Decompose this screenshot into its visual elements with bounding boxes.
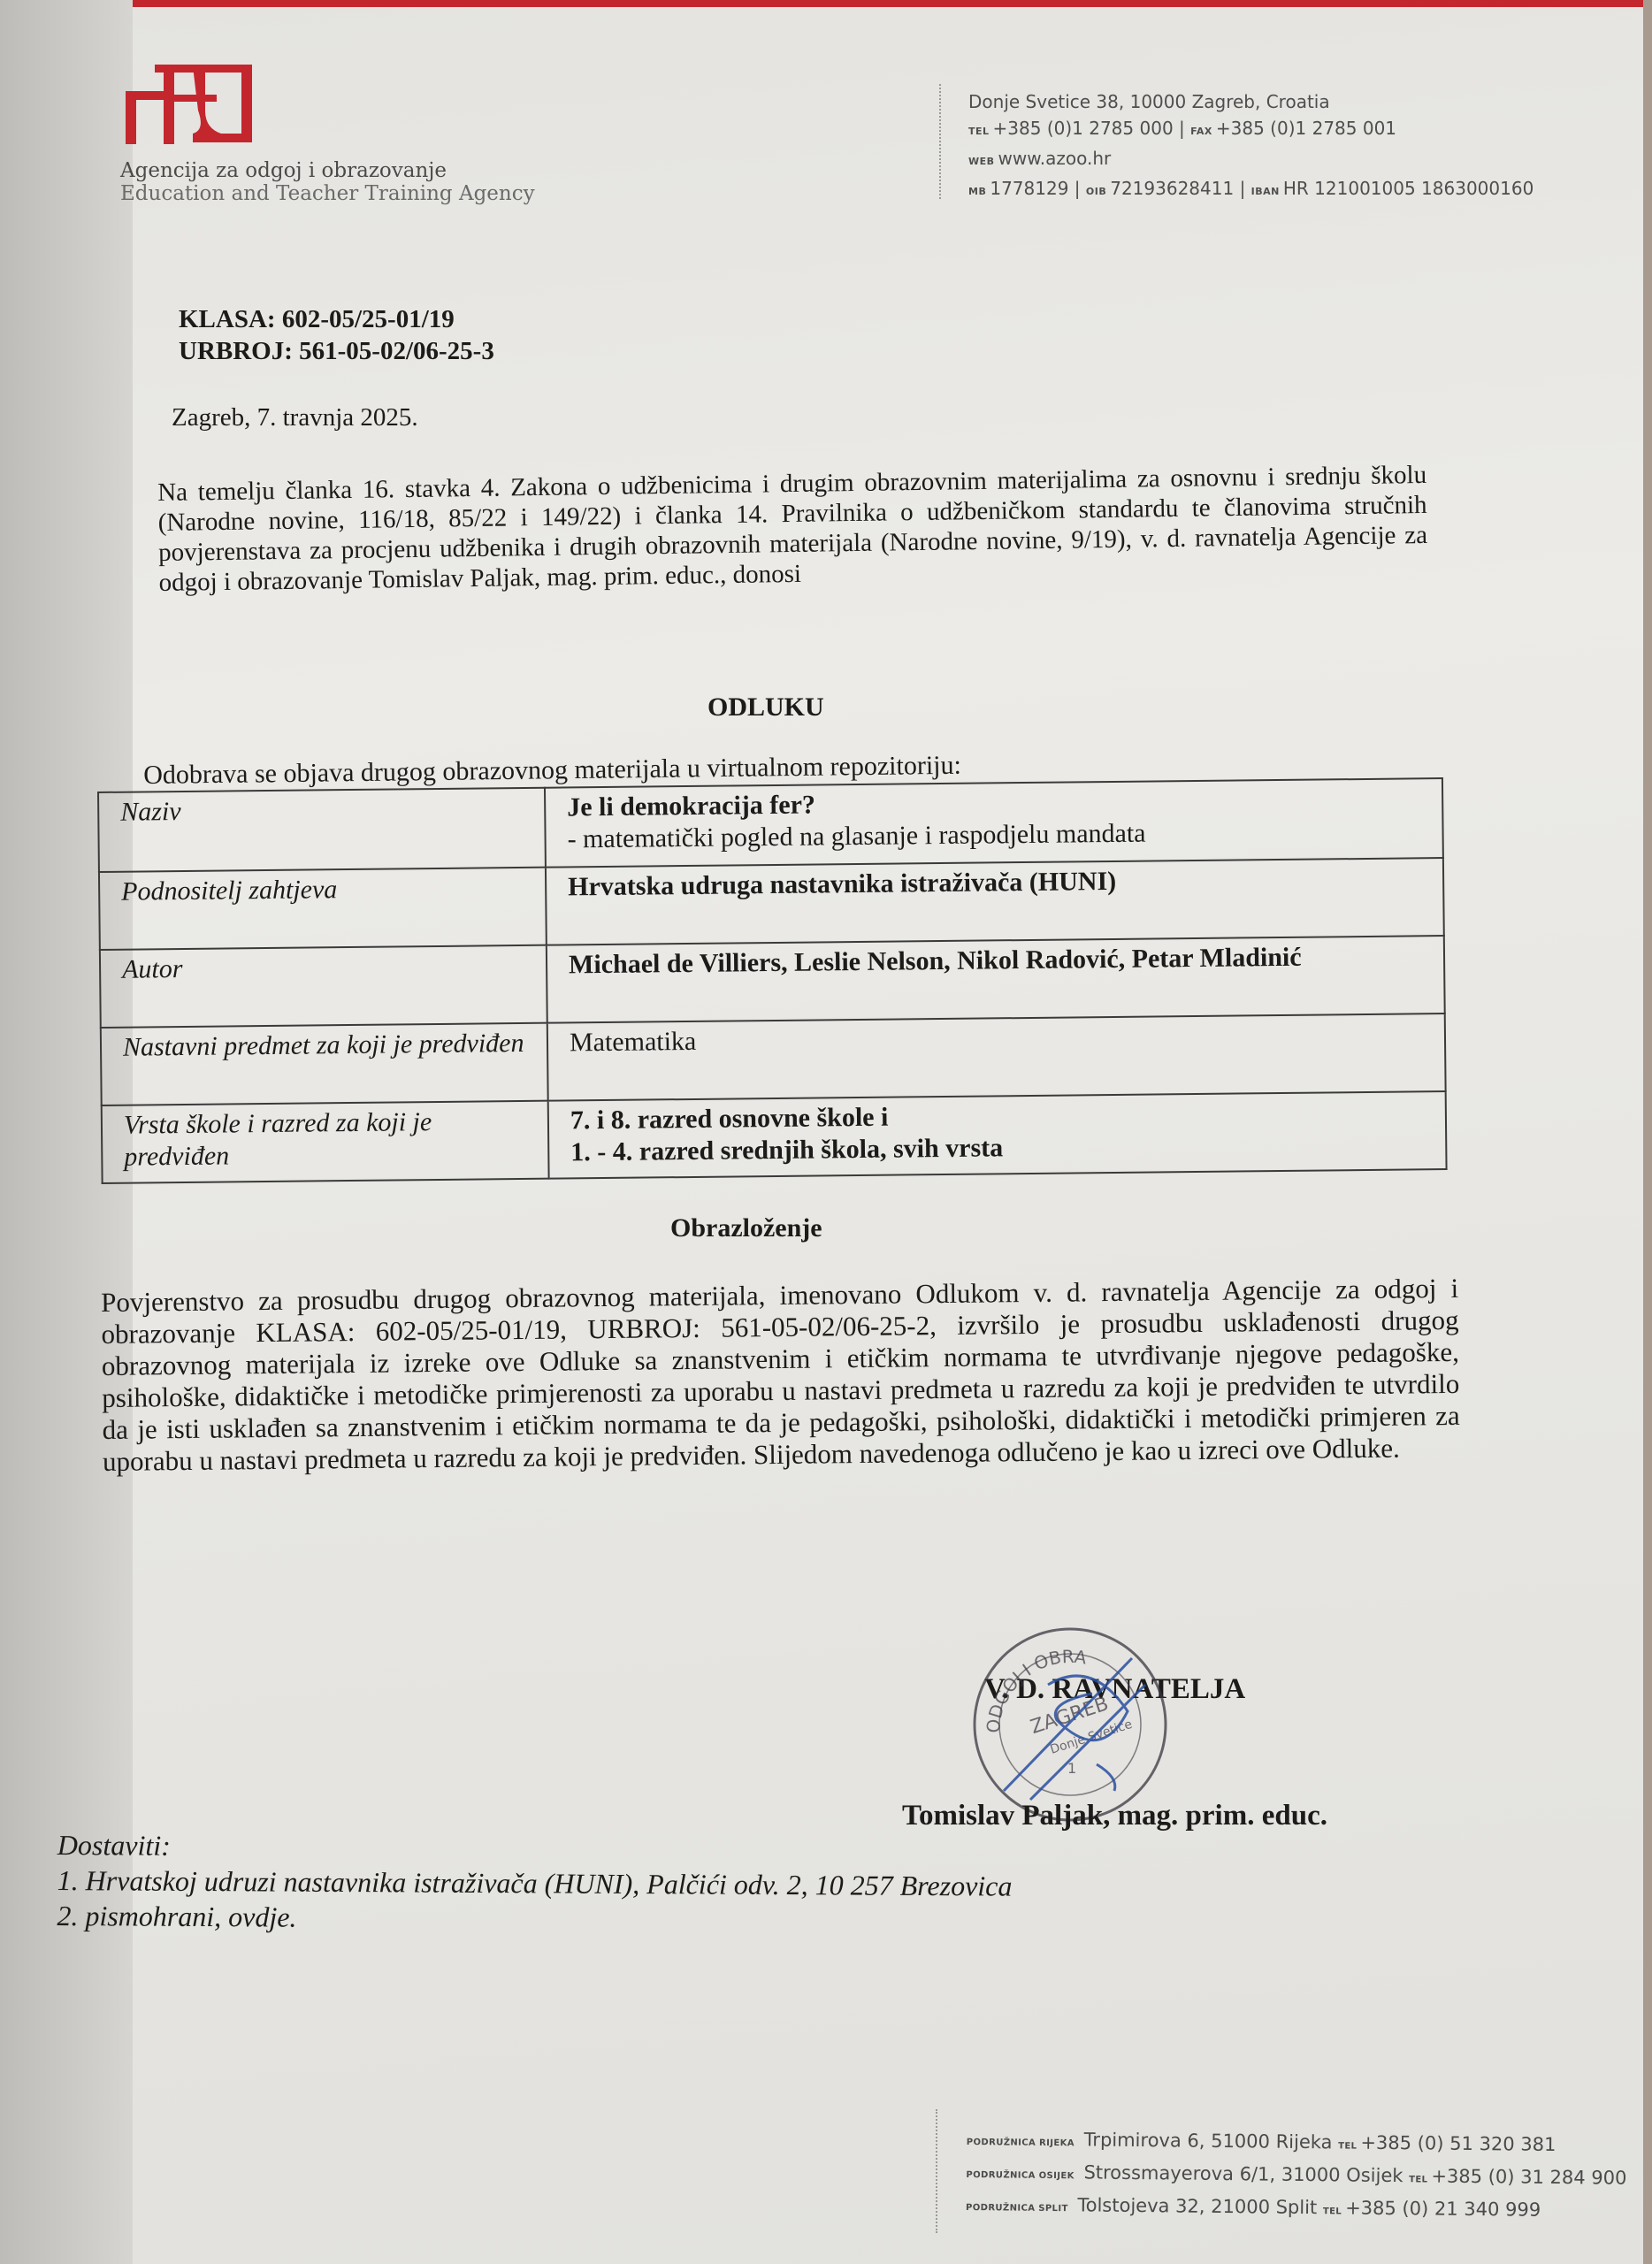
tel-value: +385 (0)1 2785 000 (993, 118, 1174, 139)
separator: | (1075, 178, 1081, 199)
table-row: Naziv Je li demokracija fer? - matematič… (98, 778, 1443, 872)
row-label: Podnositelj zahtjeva (99, 868, 547, 950)
branch-tel: +385 (0) 21 340 999 (1345, 2197, 1541, 2220)
delivery-heading: Dostaviti: (57, 1827, 1013, 1869)
intro-paragraph: Na temelju članka 16. stavka 4. Zakona o… (157, 460, 1428, 598)
table-row: Nastavni predmet za koji je predviđen Ma… (101, 1013, 1446, 1105)
table-row: Vrsta škole i razred za koji je predviđe… (102, 1091, 1447, 1183)
delivery-item: 1. Hrvatskoj udruzi nastavnika istraživa… (57, 1862, 1013, 1904)
tel-label: tel (1323, 2207, 1342, 2216)
agency-logo-icon (124, 57, 265, 146)
iban-value: HR 121001005 1863000160 (1283, 178, 1533, 199)
row-value: Je li demokracija fer? - matematički pog… (545, 778, 1443, 868)
row-value: Michael de Villiers, Leslie Nelson, Niko… (547, 936, 1445, 1023)
row-label: Nastavni predmet za koji je predviđen (101, 1023, 548, 1105)
branch-label: Podružnica Split (966, 2203, 1068, 2214)
reference-numbers: KLASA: 602-05/25-01/19 URBROJ: 561-05-02… (179, 303, 494, 367)
row-label: Naziv (98, 788, 546, 872)
decision-heading: ODLUKU (707, 692, 824, 723)
branch-address: Strossmayerova 6/1, 31000 Osijek (1083, 2161, 1403, 2186)
branch-offices: Podružnica Rijeka Trpimirova 6, 51000 Ri… (966, 2124, 1627, 2230)
urbroj: URBROJ: 561-05-02/06-25-3 (179, 335, 494, 367)
contact-address: Donje Svetice 38, 10000 Zagreb, Croatia (968, 88, 1533, 115)
oib-label: oib (1086, 186, 1106, 197)
separator: | (1179, 118, 1185, 139)
tel-label: tel (1409, 2175, 1427, 2184)
reasoning-heading: Obrazloženje (670, 1213, 822, 1243)
document-date: Zagreb, 7. travnja 2025. (172, 403, 418, 432)
web-label: web (968, 156, 995, 167)
delivery-item: 2. pismohrani, ovdje. (57, 1898, 1012, 1939)
fax-label: fax (1190, 126, 1212, 137)
web-link[interactable]: www.azoo.hr (998, 148, 1112, 169)
material-info-table: Naziv Je li demokracija fer? - matematič… (97, 777, 1448, 1184)
row-value: 7. i 8. razred osnovne škole i 1. - 4. r… (548, 1091, 1447, 1179)
official-stamp-icon: ODGOJ I OBRA ZAGREB Donje Svetice 1 (968, 1623, 1172, 1826)
mb-value: 1778129 (990, 178, 1068, 199)
table-row: Podnositelj zahtjeva Hrvatska udruga nas… (99, 858, 1444, 950)
signatory-name: Tomislav Paljak, mag. prim. educ. (902, 1800, 1327, 1832)
agency-name-en: Education and Teacher Training Agency (120, 182, 535, 205)
contact-web-line: webwww.azoo.hr (968, 145, 1533, 175)
branch-label: Podružnica Osijek (966, 2170, 1074, 2181)
row-label: Vrsta škole i razred za koji je predviđe… (102, 1101, 549, 1183)
contact-block: Donje Svetice 38, 10000 Zagreb, Croatia … (968, 88, 1533, 205)
header-divider (939, 84, 941, 199)
branch-tel: +385 (0) 31 284 900 (1431, 2166, 1626, 2189)
background-edge-right (1643, 0, 1652, 2264)
contact-ids-line: mb1778129 | oib72193628411 | ibanHR 1210… (968, 175, 1533, 205)
branch-label: Podružnica Rijeka (967, 2138, 1075, 2148)
branch-split: Podružnica Split Tolstojeva 32, 21000 Sp… (966, 2190, 1626, 2230)
branch-tel: +385 (0) 51 320 381 (1360, 2132, 1556, 2155)
row-value: Hrvatska udruga nastavnika istraživača (… (546, 858, 1444, 945)
table-row: Autor Michael de Villiers, Leslie Nelson… (100, 936, 1445, 1028)
klasa: KLASA: 602-05/25-01/19 (179, 303, 494, 335)
top-color-band (133, 0, 1652, 7)
contact-phone-line: tel+385 (0)1 2785 000 | fax+385 (0)1 278… (968, 115, 1533, 145)
fax-value: +385 (0)1 2785 001 (1216, 118, 1396, 139)
agency-name: Agencija za odgoj i obrazovanje Educatio… (120, 159, 535, 205)
tel-label: tel (968, 126, 990, 137)
separator: | (1240, 178, 1246, 199)
oib-value: 72193628411 (1110, 178, 1234, 199)
agency-name-hr: Agencija za odgoj i obrazovanje (120, 159, 535, 182)
row-label: Autor (100, 945, 547, 1028)
branch-address: Tolstojeva 32, 21000 Split (1077, 2194, 1317, 2218)
tel-label: tel (1338, 2141, 1357, 2151)
branch-address: Trpimirova 6, 51000 Rijeka (1084, 2129, 1333, 2153)
iban-label: iban (1251, 186, 1280, 197)
reasoning-paragraph: Povjerenstvo za prosudbu drugog obrazovn… (101, 1273, 1460, 1478)
row-value: Matematika (547, 1013, 1446, 1101)
delivery-list: Dostaviti: 1. Hrvatskoj udruzi nastavnik… (57, 1827, 1013, 1939)
mb-label: mb (968, 186, 986, 197)
footer-divider (936, 2109, 937, 2233)
